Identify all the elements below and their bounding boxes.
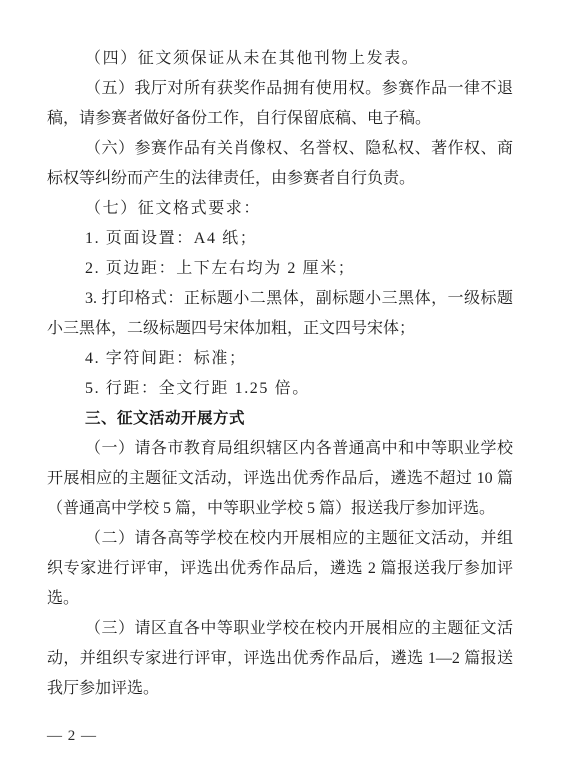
format-item-5: 5. 行距：全文行距 1.25 倍。: [47, 374, 513, 404]
paragraph-clause-4: （四）征文须保证从未在其他刊物上发表。: [47, 44, 513, 74]
paragraph-clause-5: （五）我厅对所有获奖作品拥有使用权。参赛作品一律不退稿，请参赛者做好备份工作，自…: [47, 74, 513, 134]
method-item-2: （二）请各高等学校在校内开展相应的主题征文活动，并组织专家进行评审，评选出优秀作…: [47, 524, 513, 614]
format-item-1: 1. 页面设置：A4 纸；: [47, 224, 513, 254]
section-heading: 三、征文活动开展方式: [47, 404, 513, 434]
page-number: — 2 —: [47, 728, 97, 745]
format-item-4: 4. 字符间距：标准；: [47, 344, 513, 374]
document-body: （四）征文须保证从未在其他刊物上发表。 （五）我厅对所有获奖作品拥有使用权。参赛…: [47, 44, 513, 704]
paragraph-clause-6: （六）参赛作品有关肖像权、名誉权、隐私权、著作权、商标权等纠纷而产生的法律责任，…: [47, 134, 513, 194]
document-page: （四）征文须保证从未在其他刊物上发表。 （五）我厅对所有获奖作品拥有使用权。参赛…: [0, 0, 561, 760]
method-item-3: （三）请区直各中等职业学校在校内开展相应的主题征文活动，并组织专家进行评审，评选…: [47, 614, 513, 704]
format-item-3: 3. 打印格式：正标题小二黑体，副标题小三黑体，一级标题小三黑体，二级标题四号宋…: [47, 284, 513, 344]
method-item-1: （一）请各市教育局组织辖区内各普通高中和中等职业学校开展相应的主题征文活动，评选…: [47, 434, 513, 524]
paragraph-clause-7: （七）征文格式要求：: [47, 194, 513, 224]
format-item-2: 2. 页边距：上下左右均为 2 厘米；: [47, 254, 513, 284]
